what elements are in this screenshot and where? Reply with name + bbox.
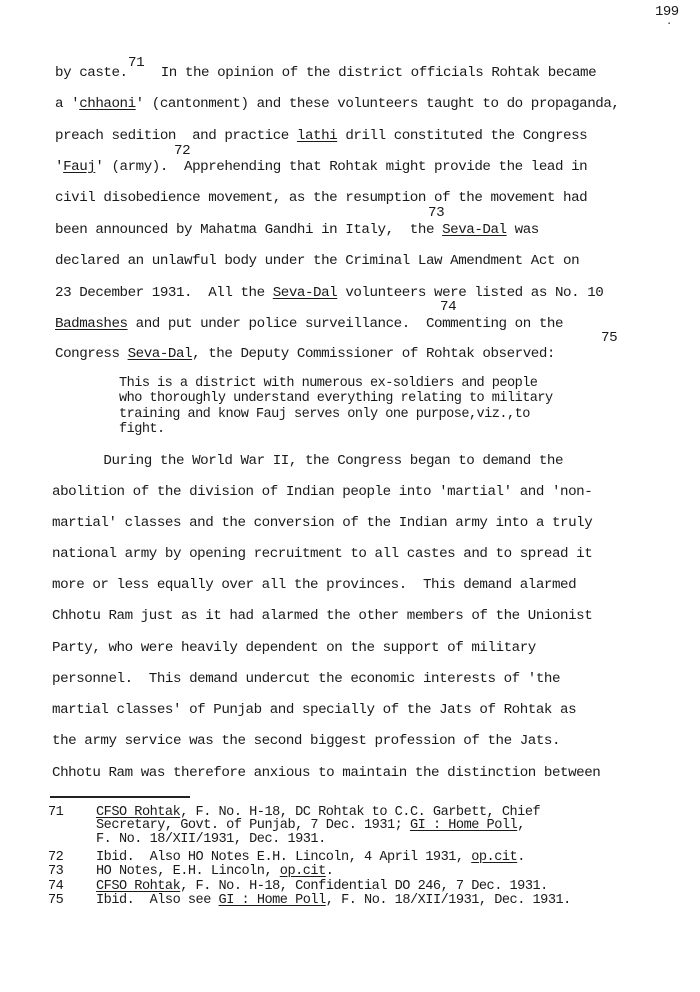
footnote-73: 73 HO Notes, E.H. Lincoln, op.cit. xyxy=(48,865,333,878)
source-title: op.cit xyxy=(471,850,517,865)
para2-line-9: martial classes' of Punjab and specially… xyxy=(52,702,576,718)
body-line-8: 23 December 1931. All the Seva-Dal volun… xyxy=(55,285,603,301)
body-line-9: Badmashes and put under police surveilla… xyxy=(55,316,563,332)
text: , F. No. 18/XII/1931, Dec. 1931. xyxy=(326,893,571,908)
text: been announced by Mahatma Gandhi in Ital… xyxy=(55,222,442,238)
text: . xyxy=(517,850,525,865)
emphasis-term: chhaoni xyxy=(79,96,135,112)
text: was xyxy=(507,222,539,238)
emphasis-term: Seva-Dal xyxy=(273,285,338,301)
text: Ibid. Also HO Notes E.H. Lincoln, 4 Apri… xyxy=(96,850,471,865)
text: preach sedition and practice xyxy=(55,128,297,144)
para2-line-4: national army by opening recruitment to … xyxy=(52,546,592,562)
emphasis-term: lathi xyxy=(297,128,337,144)
footnote-ref-74[interactable]: 74 xyxy=(440,299,456,315)
body-line-5: civil disobedience movement, as the resu… xyxy=(55,190,587,206)
page-number-mark: . xyxy=(659,20,679,26)
footnote-ref-75[interactable]: 75 xyxy=(601,330,617,346)
text: and put under police surveillance. Comme… xyxy=(128,316,563,332)
body-line-7: declared an unlawful body under the Crim… xyxy=(55,253,579,269)
text: Ibid. Also see xyxy=(96,893,219,908)
quote-line: training and know Fauj serves only one p… xyxy=(119,407,659,422)
emphasis-term: Seva-Dal xyxy=(128,346,193,362)
text: , the Deputy Commissioner of Rohtak obse… xyxy=(192,346,555,362)
quote-line: who thoroughly understand everything rel… xyxy=(119,391,659,406)
text: , xyxy=(517,818,525,833)
footnote-divider xyxy=(50,796,190,798)
text: volunteers were listed as No. 10 xyxy=(337,285,603,301)
footnote-74: 74 CFSO Rohtak, F. No. H-18, Confidentia… xyxy=(48,880,548,893)
para2-line-3: martial' classes and the conversion of t… xyxy=(52,515,592,531)
body-line-3: preach sedition and practice lathi drill… xyxy=(55,128,587,144)
text: In the opinion of the district officials… xyxy=(145,65,597,81)
text: F. No. 18/XII/1931, Dec. 1931. xyxy=(96,832,326,847)
text: by caste. xyxy=(55,65,128,81)
para2-line-10: the army service was the second biggest … xyxy=(52,733,560,749)
text: ' (cantonment) and these volunteers taug… xyxy=(136,96,620,112)
body-line-2: a 'chhaoni' (cantonment) and these volun… xyxy=(55,96,620,112)
footnote-number: 73 xyxy=(48,865,96,878)
text: 23 December 1931. All the xyxy=(55,285,273,301)
para2-line-8: personnel. This demand undercut the econ… xyxy=(52,671,560,687)
emphasis-term: Badmashes xyxy=(55,316,128,332)
footnote-ref-72[interactable]: 72 xyxy=(174,143,190,159)
footnote-ref-73[interactable]: 73 xyxy=(428,205,444,221)
footnote-71: 71 CFSO Rohtak, F. No. H-18, DC Rohtak t… xyxy=(48,806,540,846)
footnote-ref-71[interactable]: 71 xyxy=(128,55,144,71)
text: Congress xyxy=(55,346,128,362)
emphasis-term: Fauj xyxy=(63,159,95,175)
para2-line-6: Chhotu Ram just as it had alarmed the ot… xyxy=(52,608,592,624)
footnote-number: 72 xyxy=(48,851,96,864)
quote-line: fight. xyxy=(119,422,659,437)
source-title: GI : Home Poll xyxy=(410,818,517,833)
body-line-4: 'Fauj' (army). Apprehending that Rohtak … xyxy=(55,159,587,175)
text: ' xyxy=(55,159,63,175)
body-line-6: been announced by Mahatma Gandhi in Ital… xyxy=(55,222,539,238)
source-title: op.cit xyxy=(280,864,326,879)
para2-line-2: abolition of the division of Indian peop… xyxy=(52,484,592,500)
block-quote: This is a district with numerous ex-sold… xyxy=(119,376,659,437)
para2-line-1: During the World War II, the Congress be… xyxy=(55,453,563,469)
para2-line-5: more or less equally over all the provin… xyxy=(52,577,576,593)
footnote-number: 75 xyxy=(48,894,96,907)
text: drill constituted the Congress xyxy=(337,128,587,144)
page-number: 199 . xyxy=(655,4,679,26)
quote-line: This is a district with numerous ex-sold… xyxy=(119,376,659,391)
text: . xyxy=(326,864,334,879)
emphasis-term: Seva-Dal xyxy=(442,222,507,238)
para2-line-7: Party, who were heavily dependent on the… xyxy=(52,640,536,656)
footnote-72: 72 Ibid. Also HO Notes E.H. Lincoln, 4 A… xyxy=(48,851,525,864)
source-title: CFSO Rohtak xyxy=(96,879,180,894)
text: ' (army). Apprehending that Rohtak might… xyxy=(95,159,587,175)
body-line-10: Congress Seva-Dal, the Deputy Commission… xyxy=(55,346,555,362)
para2-line-11: Chhotu Ram was therefore anxious to main… xyxy=(52,765,600,781)
source-title: GI : Home Poll xyxy=(219,893,326,908)
footnote-number: 74 xyxy=(48,880,96,893)
text: a ' xyxy=(55,96,79,112)
text: , F. No. H-18, Confidential DO 246, 7 De… xyxy=(180,879,548,894)
footnote-number: 71 xyxy=(48,806,96,846)
footnote-75: 75 Ibid. Also see GI : Home Poll, F. No.… xyxy=(48,894,571,907)
text: HO Notes, E.H. Lincoln, xyxy=(96,864,280,879)
